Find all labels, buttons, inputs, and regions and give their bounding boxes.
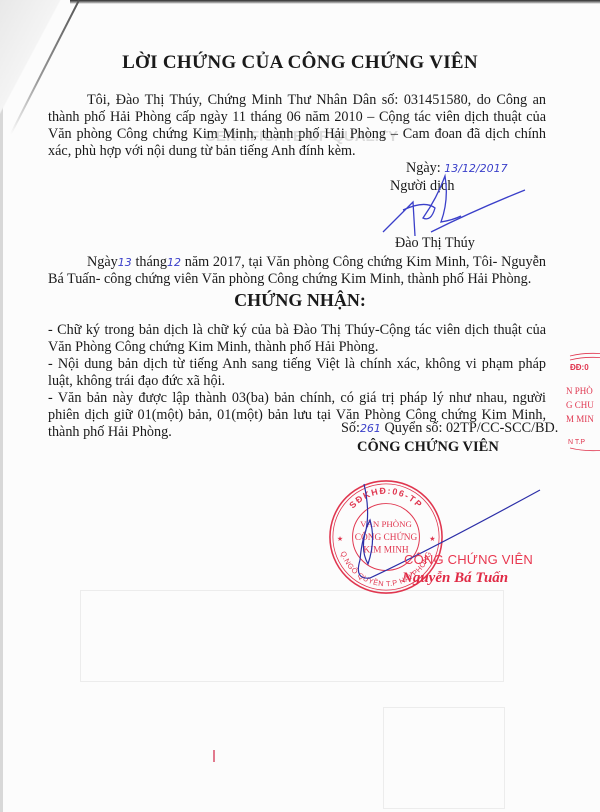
edge-stamp-line: M MIN bbox=[566, 414, 594, 424]
certification-item: - Chữ ký trong bản dịch là chữ ký của bà… bbox=[48, 322, 546, 356]
translation-date: Ngày: 13/12/2017 bbox=[406, 160, 508, 177]
certification-item: - Nội dung bản dịch từ tiếng Anh sang ti… bbox=[48, 356, 546, 390]
translator-label: Người dịch bbox=[390, 178, 454, 195]
svg-text:SĐKHĐ:06-TP: SĐKHĐ:06-TP bbox=[347, 486, 424, 511]
translator-statement: Tôi, Đào Thị Thúy, Chứng Minh Thư Nhân D… bbox=[48, 92, 546, 160]
faint-background-table bbox=[80, 590, 504, 682]
stamp-star-icon: ★ bbox=[337, 535, 343, 543]
date-handwritten: 13/12/2017 bbox=[444, 162, 507, 175]
stamp-notary-title: CÔNG CHỨNG VIÊN bbox=[404, 552, 533, 567]
month-label: tháng bbox=[135, 254, 167, 270]
record-label: Số: bbox=[341, 420, 360, 436]
stamp-line-1: VĂN PHÒNG bbox=[360, 519, 412, 529]
date-label: Ngày: bbox=[406, 160, 441, 176]
day-label: Ngày bbox=[87, 254, 118, 270]
translator-name: Đào Thị Thúy bbox=[395, 235, 475, 252]
document-page: CERTIFICATE OF QUALITY LỜI CHỨNG CỦA CÔN… bbox=[0, 0, 600, 812]
red-mark bbox=[213, 750, 215, 762]
faint-background-box bbox=[383, 707, 505, 809]
stamp-ring-top: SĐKHĐ:06-TP bbox=[347, 486, 424, 511]
day-handwritten: 13 bbox=[118, 256, 132, 269]
edge-stamp-line: N T.P bbox=[568, 439, 585, 446]
month-handwritten: 12 bbox=[167, 256, 181, 269]
record-number-line: Số:261 Quyển số: 02TP/CC-SCC/BD. bbox=[341, 420, 558, 437]
edge-stamp-line: N PHÒ bbox=[566, 386, 593, 396]
document-title: LỜI CHỨNG CỦA CÔNG CHỨNG VIÊN bbox=[0, 52, 600, 74]
edge-stamp-line: G CHU bbox=[566, 400, 594, 410]
book-number: Quyển số: 02TP/CC-SCC/BD. bbox=[384, 420, 558, 436]
stamp-line-2: CÔNG CHỨNG bbox=[355, 531, 418, 543]
stamp-star-icon: ★ bbox=[429, 535, 435, 543]
notary-heading: CÔNG CHỨNG VIÊN bbox=[357, 439, 499, 456]
scan-top-shadow bbox=[70, 0, 600, 4]
certification-heading: CHỨNG NHẬN: bbox=[0, 290, 600, 311]
notary-intro: Ngày13 tháng12 năm 2017, tại Văn phòng C… bbox=[48, 254, 546, 288]
partial-seal-stamp-edge: ĐĐ:0 N PHÒ G CHU M MIN N T.P bbox=[566, 352, 600, 452]
record-handwritten: 261 bbox=[360, 422, 381, 435]
edge-stamp-line: ĐĐ:0 bbox=[570, 363, 589, 372]
stamp-line-3: KIM MINH bbox=[363, 546, 409, 556]
stamp-notary-name: Nguyễn Bá Tuấn bbox=[402, 570, 508, 587]
